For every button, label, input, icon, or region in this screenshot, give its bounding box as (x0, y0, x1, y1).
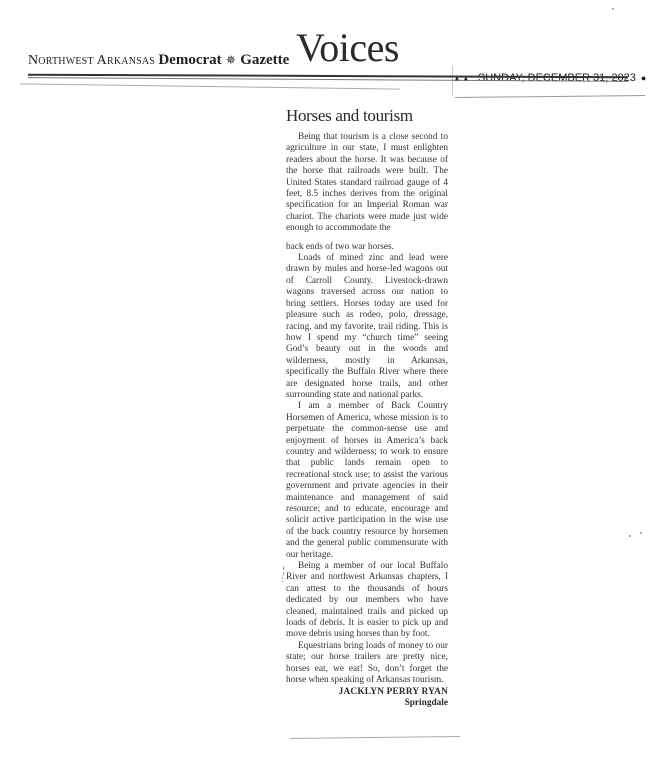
nameplate-emblem-icon: ✵ (226, 53, 236, 67)
nameplate-main: Democrat (158, 52, 221, 68)
paragraph: I am a member of Back Country Horsemen o… (286, 401, 448, 561)
letter-article: Horses and tourism Being that tourism is… (286, 106, 448, 709)
scan-rule (455, 95, 645, 98)
paragraph: back ends of two war horses. (286, 242, 448, 253)
bullet-icon: ● (641, 73, 646, 83)
scan-rule (290, 736, 460, 739)
author-name: JACKLYN PERRY RYAN (286, 687, 448, 698)
article-headline: Horses and tourism (286, 106, 448, 126)
paragraph: Equestrians bring loads of money to our … (286, 641, 448, 687)
scan-rule (20, 83, 400, 89)
section-title: Voices (296, 28, 399, 68)
paragraph: Being a member of our local Buffalo Rive… (286, 561, 448, 641)
newspaper-nameplate: Northwest Arkansas Democrat ✵ Gazette (28, 52, 289, 69)
scan-mark: ╎: (281, 567, 286, 583)
signature: JACKLYN PERRY RYAN Springdale (286, 687, 448, 710)
paragraph: Being that tourism is a close second to … (286, 132, 448, 235)
scan-speck (629, 535, 631, 537)
article-body: Being that tourism is a close second to … (286, 132, 448, 687)
column-break (286, 235, 448, 242)
nameplate-suffix: Gazette (240, 52, 289, 68)
paragraph: Loads of mined zinc and lead were drawn … (286, 253, 448, 401)
nameplate-prefix: Northwest Arkansas (28, 53, 155, 68)
scan-speck (640, 532, 642, 534)
author-location: Springdale (286, 698, 448, 709)
scan-speck (612, 8, 614, 10)
